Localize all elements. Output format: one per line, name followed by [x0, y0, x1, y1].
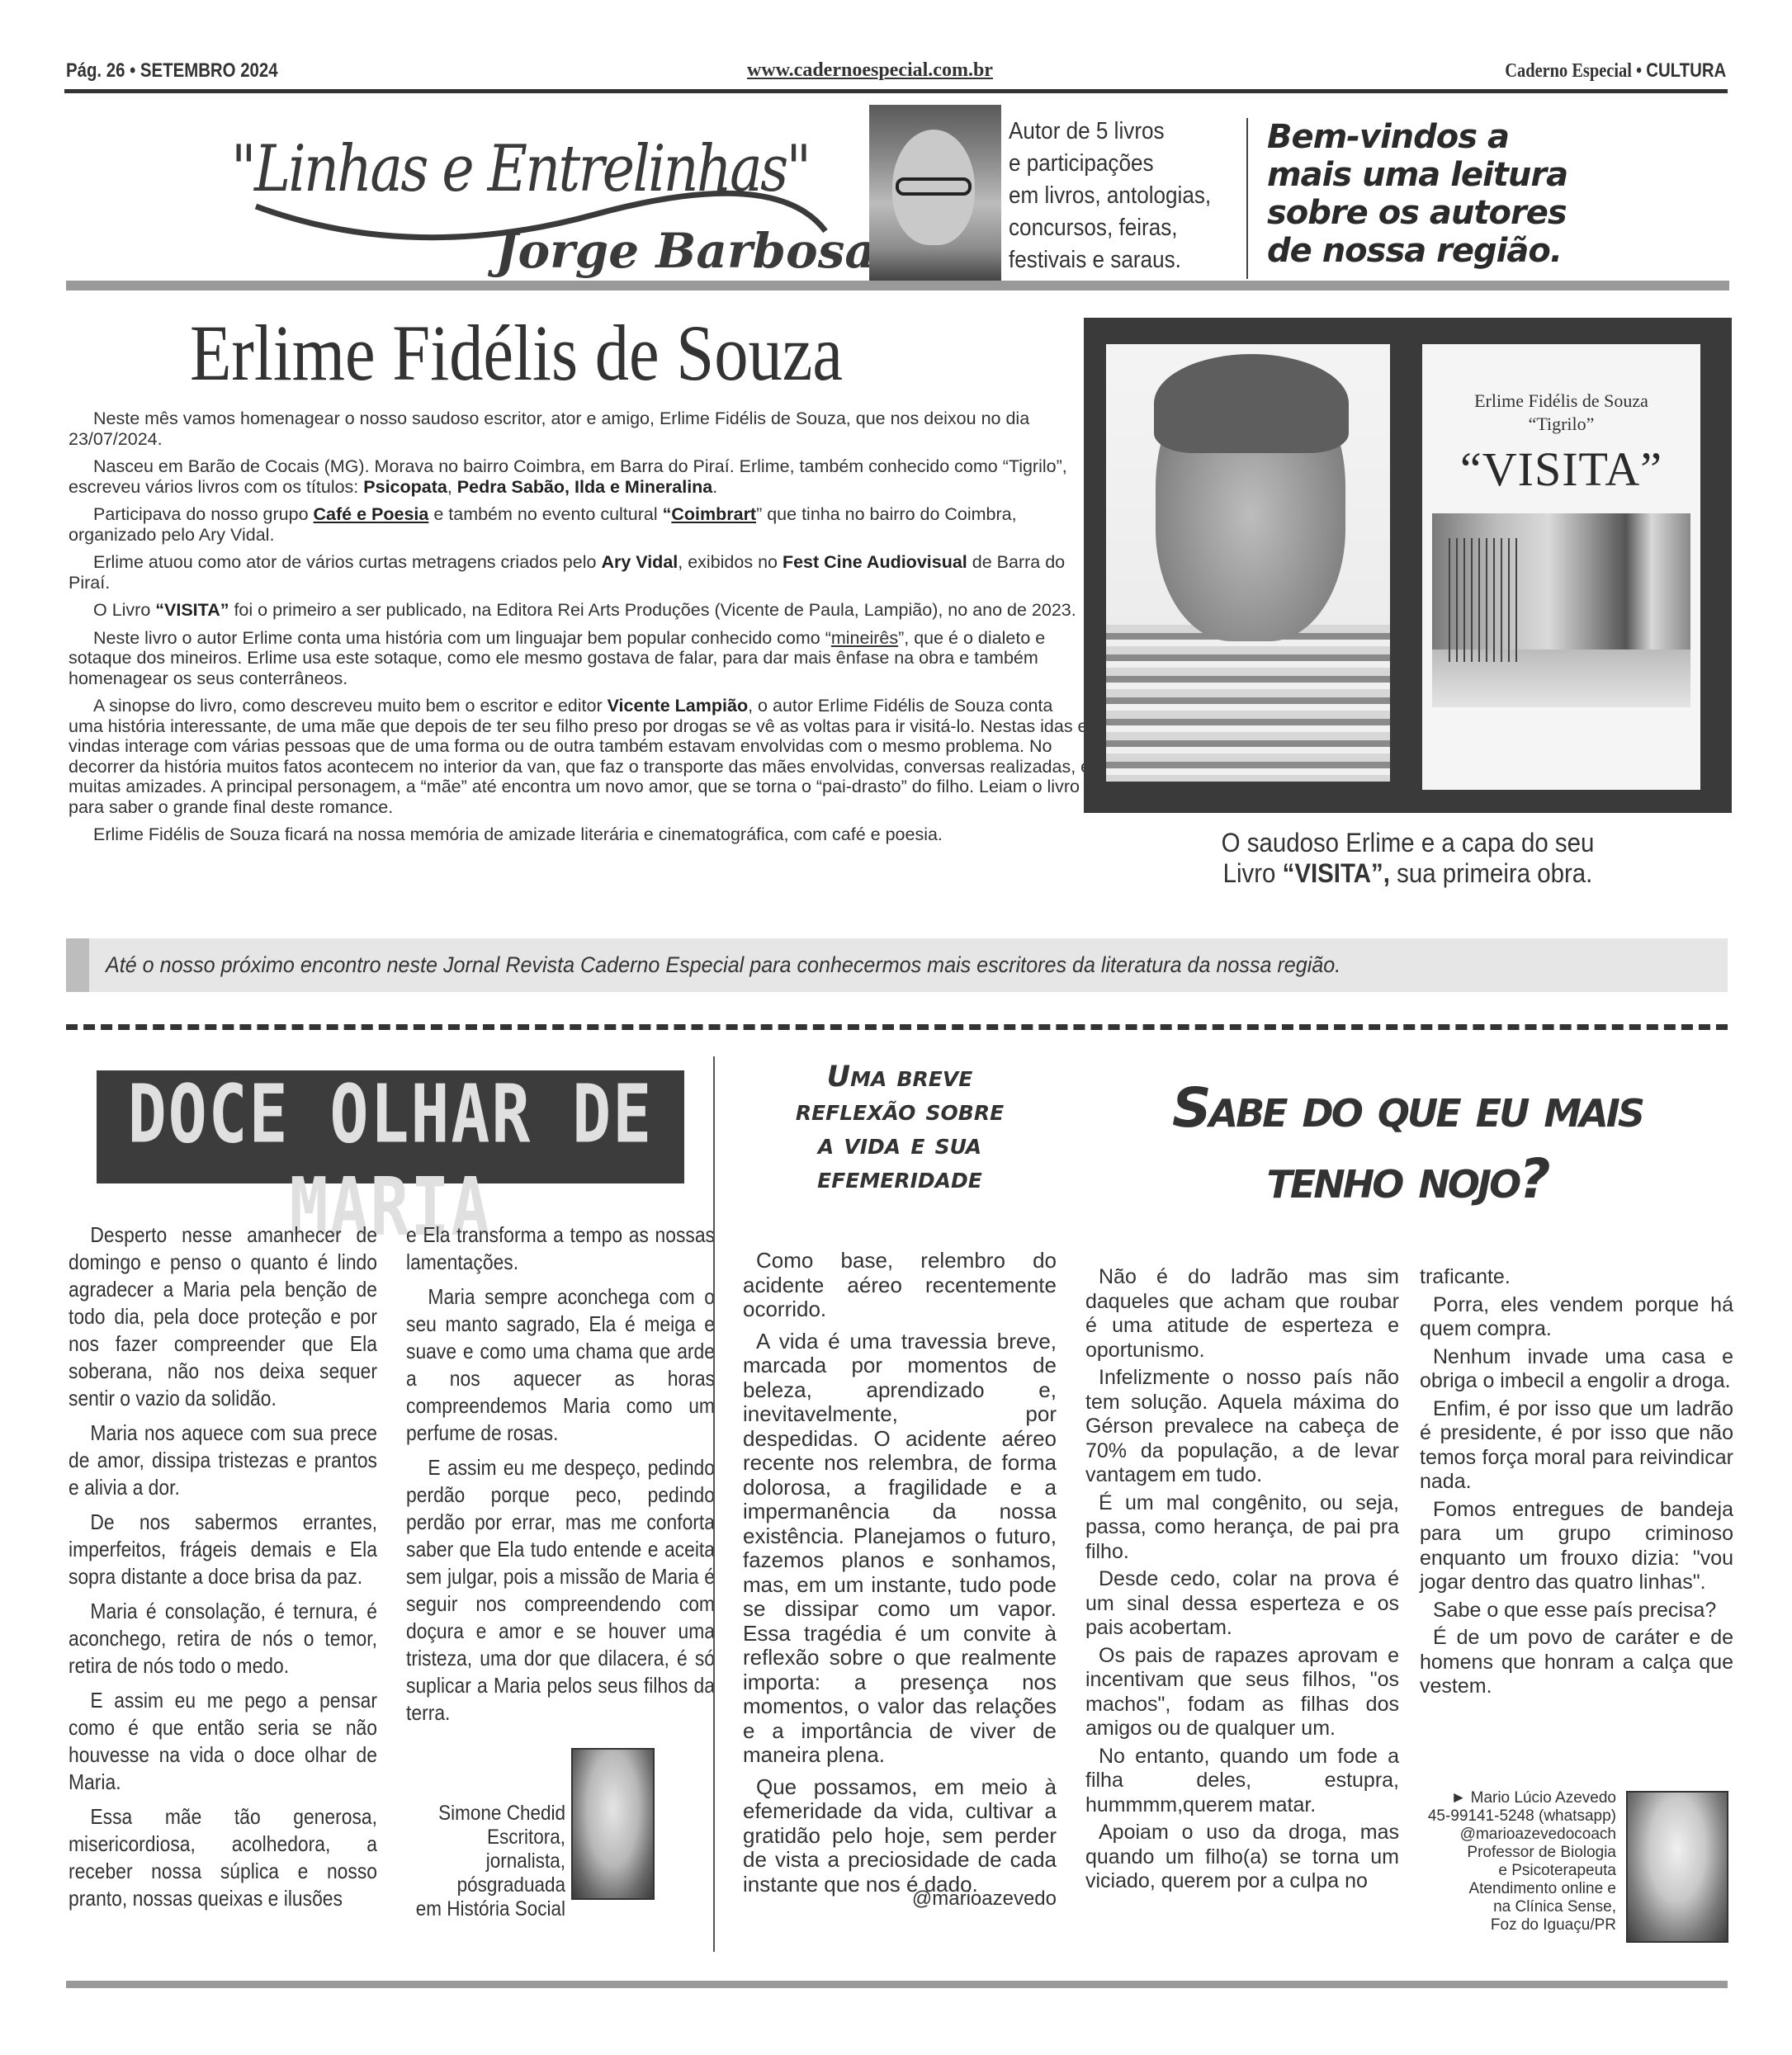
title-line: a vida e sua — [726, 1128, 1073, 1162]
paragraph: e Ela transforma a tempo as nossas lamen… — [406, 1221, 715, 1276]
caption-line: Professor de Biologia — [1420, 1844, 1616, 1862]
caption-line: Livro “VISITA”, sua primeira obra. — [1109, 858, 1705, 889]
article-paragraph: Erlime Fidélis de Souza ficará na nossa … — [69, 824, 1092, 845]
author-photo — [869, 105, 1001, 285]
mario-author-caption: ► Mario Lúcio Azevedo 45-99141-5248 (wha… — [1420, 1789, 1616, 1935]
caption-text: sua primeira obra. — [1390, 858, 1592, 888]
quote-accent — [66, 938, 89, 992]
author-bio-line: em livros, antologias, — [1009, 180, 1211, 212]
cover-author-nickname: “Tigrilo” — [1422, 413, 1700, 436]
caption-book-title: “VISITA”, — [1283, 858, 1390, 888]
reflexao-signature: @marioazevedo — [825, 1887, 1057, 1911]
caption-line: em História Social — [406, 1897, 566, 1921]
author-bio-line: Autor de 5 livros — [1009, 116, 1211, 148]
reflexao-body: Como base, relembro do acidente aéreo re… — [743, 1249, 1057, 1904]
paragraph: Maria nos aquece com sua prece de amor, … — [69, 1420, 377, 1501]
doce-olhar-column-1: Desperto nesse amanhecer de domingo e pe… — [69, 1221, 377, 1920]
title-line: reflexão sobre — [726, 1094, 1073, 1128]
doce-olhar-banner: DOCE OLHAR DE MARIA — [97, 1070, 684, 1183]
text: , exibidos no — [678, 552, 783, 572]
simone-author-caption: Simone Chedid Escritora, jornalista, pós… — [406, 1802, 566, 1921]
nojo-column-2: traficante. Porra, eles vendem porque há… — [1420, 1265, 1733, 1703]
paragraph: A vida é uma travessia breve, marcada po… — [743, 1330, 1057, 1768]
closing-quote: Até o nosso próximo encontro neste Jorna… — [106, 952, 1340, 978]
reflexao-title: Uma breve reflexão sobre a vida e sua ef… — [726, 1061, 1073, 1196]
mario-photo — [1626, 1791, 1728, 1943]
paragraph: E assim eu me pego a pensar como é que e… — [69, 1687, 377, 1796]
welcome-line: mais uma leitura — [1267, 156, 1567, 194]
caption-text: Livro — [1223, 858, 1283, 888]
nojo-column-1: Não é do ladrão mas sim daqueles que ach… — [1085, 1265, 1399, 1897]
paragraph: traficante. — [1420, 1265, 1733, 1290]
caption-line: na Clínica Sense, — [1420, 1898, 1616, 1916]
title-line: efemeridade — [726, 1162, 1073, 1196]
caption-line: Foz do Iguaçu/PR — [1420, 1916, 1616, 1935]
paragraph: E assim eu me despeço, pedindo perdão po… — [406, 1454, 715, 1727]
text: Erlime Fidélis de Souza ficará na nossa … — [93, 824, 943, 844]
caption-line: pósgraduada — [406, 1873, 566, 1897]
text: Neste mês vamos homenagear o nosso saudo… — [69, 409, 1029, 449]
doce-olhar-column-2: e Ela transforma a tempo as nossas lamen… — [406, 1221, 715, 1734]
caption-line: ► Mario Lúcio Azevedo — [1420, 1789, 1616, 1807]
caption-line: Atendimento online e — [1420, 1880, 1616, 1898]
emphasis-text: “VISITA” — [155, 600, 229, 620]
photo-caption: O saudoso Erlime e a capa do seu Livro “… — [1109, 828, 1705, 889]
paragraph: Essa mãe tão generosa, misericordiosa, a… — [69, 1803, 377, 1912]
title-line: tenho nojo? — [1081, 1144, 1733, 1215]
paragraph: Maria é consolação, é ternura, é aconche… — [69, 1598, 377, 1679]
header-rule — [64, 89, 1728, 93]
text: A sinopse do livro, como descreveu muito… — [93, 696, 608, 716]
paragraph: Não é do ladrão mas sim daqueles que ach… — [1085, 1265, 1399, 1363]
author-bio-line: concursos, feiras, — [1009, 212, 1211, 244]
article-paragraph: Erlime atuou como ator de vários curtas … — [69, 552, 1092, 593]
caption-line: Escritora, jornalista, — [406, 1826, 566, 1873]
emphasis-text: Coimbrart — [671, 504, 756, 524]
text: Participava do nosso grupo — [93, 504, 314, 524]
caption-line: Simone Chedid — [406, 1802, 566, 1826]
erlime-portrait — [1106, 344, 1390, 782]
caption-line: e Psicoterapeuta — [1420, 1862, 1616, 1880]
prison-corridor-image — [1432, 513, 1690, 707]
text: , — [447, 477, 457, 497]
paragraph: No entanto, quando um fode a filha deles… — [1085, 1745, 1399, 1818]
paragraph: De nos sabermos errantes, imperfeitos, f… — [69, 1509, 377, 1590]
website-link[interactable]: www.cadernoespecial.com.br — [747, 59, 993, 82]
paragraph: É um mal congênito, ou seja, passa, como… — [1085, 1491, 1399, 1565]
banner-rule — [66, 281, 1729, 291]
paragraph: Enfim, é por isso que um ladrão é presid… — [1420, 1397, 1733, 1495]
caption-line: O saudoso Erlime e a capa do seu — [1109, 828, 1705, 858]
article-paragraph: Neste livro o autor Erlime conta uma his… — [69, 628, 1092, 689]
text: mineirês — [831, 628, 898, 648]
emphasis-text: Pedra Sabão, Ilda e Mineralina — [457, 477, 712, 497]
column-divider — [713, 1056, 715, 1952]
caption-line: @marioazevedocoach — [1420, 1826, 1616, 1844]
paragraph: Desperto nesse amanhecer de domingo e pe… — [69, 1221, 377, 1412]
page-info: Pág. 26 • SETEMBRO 2024 — [66, 59, 278, 83]
text: Erlime atuou como ator de vários curtas … — [93, 552, 601, 572]
paragraph: Como base, relembro do acidente aéreo re… — [743, 1249, 1057, 1322]
text: Neste livro o autor Erlime conta uma his… — [93, 628, 831, 648]
book-cover-title: “VISITA” — [1422, 442, 1700, 497]
paragraph: Nenhum invade uma casa e obriga o imbeci… — [1420, 1345, 1733, 1394]
article-paragraph: Neste mês vamos homenagear o nosso saudo… — [69, 409, 1092, 449]
bottom-rule — [66, 1981, 1728, 1988]
text: O Livro — [93, 600, 155, 620]
book-cover-author: Erlime Fidélis de Souza “Tigrilo” — [1422, 390, 1700, 436]
paragraph: Os pais de rapazes aprovam e incentivam … — [1085, 1644, 1399, 1741]
emphasis-text: “ — [663, 504, 672, 524]
author-bio: Autor de 5 livros e participações em liv… — [1009, 116, 1211, 276]
welcome-line: Bem-vindos a — [1267, 118, 1567, 156]
publication-name: Caderno Especial — [1505, 60, 1632, 82]
paragraph: Fomos entregues de bandeja para um grupo… — [1420, 1498, 1733, 1595]
author-bio-line: festivais e saraus. — [1009, 244, 1211, 276]
closing-quote-bar: Até o nosso próximo encontro neste Jorna… — [66, 938, 1728, 992]
paragraph: Desde cedo, colar na prova é um sinal de… — [1085, 1567, 1399, 1641]
paragraph: Infelizmente o nosso país não tem soluçã… — [1085, 1366, 1399, 1488]
paragraph: Sabe o que esse país precisa? — [1420, 1599, 1733, 1623]
banner-divider — [1246, 118, 1248, 279]
paragraph: Porra, eles vendem porque há quem compra… — [1420, 1293, 1733, 1342]
article-title: Erlime Fidélis de Souza — [190, 307, 843, 399]
welcome-line: sobre os autores — [1267, 194, 1567, 232]
welcome-line: de nossa região. — [1267, 232, 1567, 270]
article-paragraph: A sinopse do livro, como descreveu muito… — [69, 696, 1092, 817]
section-label: Caderno Especial • CULTURA — [1505, 59, 1726, 83]
column-author: Jorge Barbosa — [495, 223, 876, 279]
section-name: CULTURA — [1646, 59, 1726, 82]
paragraph: Que possamos, em meio à efemeridade da v… — [743, 1775, 1057, 1897]
article-body: Neste mês vamos homenagear o nosso saudo… — [69, 409, 1092, 853]
emphasis-text: Psicopata — [363, 477, 447, 497]
paragraph: É de um povo de caráter e de homens que … — [1420, 1626, 1733, 1699]
cover-author-name: Erlime Fidélis de Souza — [1422, 390, 1700, 413]
text: e também no evento cultural — [428, 504, 662, 524]
author-bio-line: e participações — [1009, 148, 1211, 180]
text: . — [712, 477, 717, 497]
article-paragraph: Nasceu em Barão de Cocais (MG). Morava n… — [69, 456, 1092, 497]
nojo-title: Sabe do que eu mais tenho nojo? — [1081, 1073, 1733, 1215]
caption-line: 45-99141-5248 (whatsapp) — [1420, 1807, 1616, 1826]
paragraph: Apoiam o uso da droga, mas quando um fil… — [1085, 1821, 1399, 1894]
paragraph: Maria sempre aconchega com o seu manto s… — [406, 1283, 715, 1447]
welcome-message: Bem-vindos a mais uma leitura sobre os a… — [1267, 118, 1567, 270]
article-paragraph: Participava do nosso grupo Café e Poesia… — [69, 504, 1092, 545]
emphasis-text: Vicente Lampião — [608, 696, 748, 716]
photo-frame: Erlime Fidélis de Souza “Tigrilo” “VISIT… — [1084, 318, 1732, 813]
emphasis-text: Café e Poesia — [314, 504, 429, 524]
emphasis-text: Fest Cine Audiovisual — [783, 552, 967, 572]
book-cover: Erlime Fidélis de Souza “Tigrilo” “VISIT… — [1422, 344, 1700, 790]
article-paragraph: O Livro “VISITA” foi o primeiro a ser pu… — [69, 600, 1092, 621]
simone-photo — [571, 1748, 655, 1900]
title-line: Sabe do que eu mais — [1081, 1073, 1733, 1144]
emphasis-text: Ary Vidal — [601, 552, 678, 572]
text: foi o primeiro a ser publicado, na Edito… — [229, 600, 1076, 620]
title-line: Uma breve — [726, 1061, 1073, 1094]
dashed-separator — [66, 1024, 1728, 1030]
